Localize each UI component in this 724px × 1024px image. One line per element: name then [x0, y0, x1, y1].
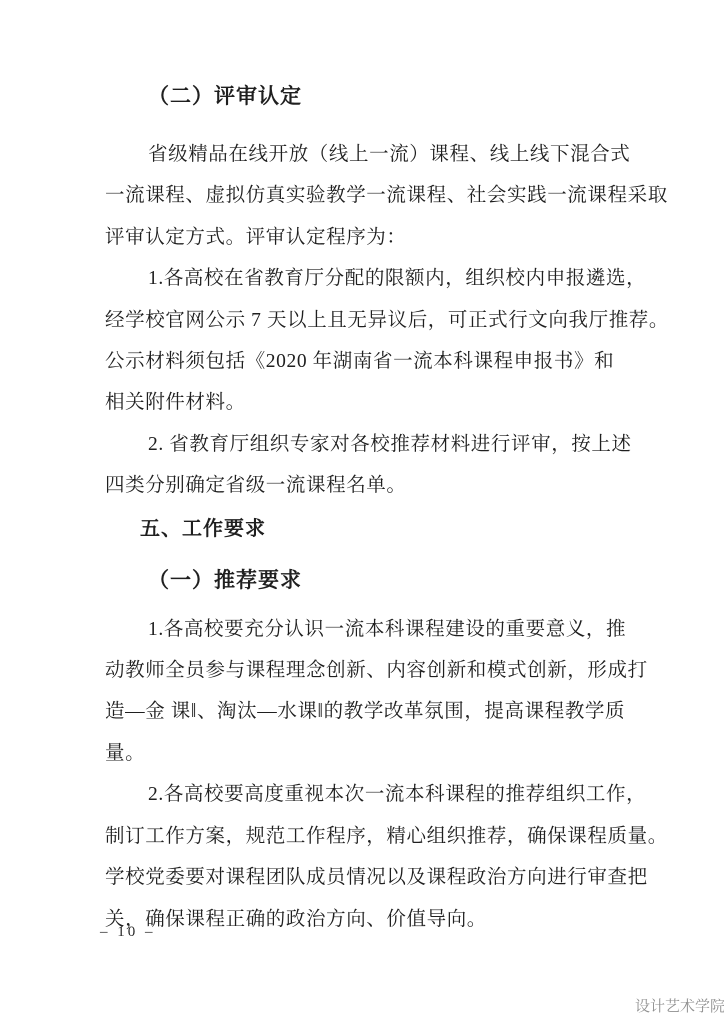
paragraph-review-intro: 省级精品在线开放（线上一流）课程、线上线下混合式 一流课程、虚拟仿真实验教学一流…	[105, 134, 623, 258]
text-line: 1.各高校在省教育厅分配的限额内，组织校内申报遴选，	[105, 258, 623, 299]
paragraph-requirement1: 1.各高校要充分认识一流本科课程建设的重要意义，推 动教师全员参与课程理念创新、…	[105, 609, 623, 775]
text-line: 造—金 课‖、淘汰—水课‖的教学改革氛围，提高课程教学质	[105, 691, 623, 732]
text-line: 经学校官网公示 7 天以上且无异议后，可正式行文向我厅推荐。	[105, 300, 623, 341]
watermark-label: 设计艺术学院	[635, 995, 724, 1016]
text-line: 一流课程、虚拟仿真实验教学一流课程、社会实践一流课程采取	[105, 175, 623, 216]
paragraph-requirement2: 2.各高校要高度重视本次一流本科课程的推荐组织工作， 制订工作方案，规范工作程序…	[105, 774, 623, 940]
paragraph-step2: 2. 省教育厅组织专家对各校推荐材料进行评审，按上述 四类分别确定省级一流课程名…	[105, 424, 623, 507]
footer-page-number: – 10 –	[100, 924, 156, 941]
text-line: 1.各高校要充分认识一流本科课程建设的重要意义，推	[105, 609, 623, 650]
text-line: 2.各高校要高度重视本次一流本科课程的推荐组织工作，	[105, 774, 623, 815]
text-line: 四类分别确定省级一流课程名单。	[105, 465, 623, 506]
text-line: 量。	[105, 733, 623, 774]
text-line: 评审认定方式。评审认定程序为：	[105, 217, 623, 258]
heading-recommend-requirements: （一）推荐要求	[105, 565, 623, 595]
paragraph-step1: 1.各高校在省教育厅分配的限额内，组织校内申报遴选， 经学校官网公示 7 天以上…	[105, 258, 623, 424]
text-line: 学校党委要对课程团队成员情况以及课程政治方向进行审查把	[105, 857, 623, 898]
heading-review-certification: （二）评审认定	[105, 80, 623, 112]
text-line: 制订工作方案，规范工作程序，精心组织推荐，确保课程质量。	[105, 816, 623, 857]
text-line: 关，确保课程正确的政治方向、价值导向。	[105, 899, 623, 940]
text-line: 2. 省教育厅组织专家对各校推荐材料进行评审，按上述	[105, 424, 623, 465]
text-line: 动教师全员参与课程理念创新、内容创新和模式创新，形成打	[105, 650, 623, 691]
text-line: 公示材料须包括《2020 年湖南省一流本科课程申报书》和	[105, 341, 623, 382]
heading-work-requirements: 五、工作要求	[105, 509, 623, 549]
text-line: 相关附件材料。	[105, 382, 623, 423]
document-page: （二）评审认定 省级精品在线开放（线上一流）课程、线上线下混合式 一流课程、虚拟…	[0, 0, 724, 1024]
document-body: （二）评审认定 省级精品在线开放（线上一流）课程、线上线下混合式 一流课程、虚拟…	[105, 80, 623, 940]
text-line: 省级精品在线开放（线上一流）课程、线上线下混合式	[105, 134, 623, 175]
